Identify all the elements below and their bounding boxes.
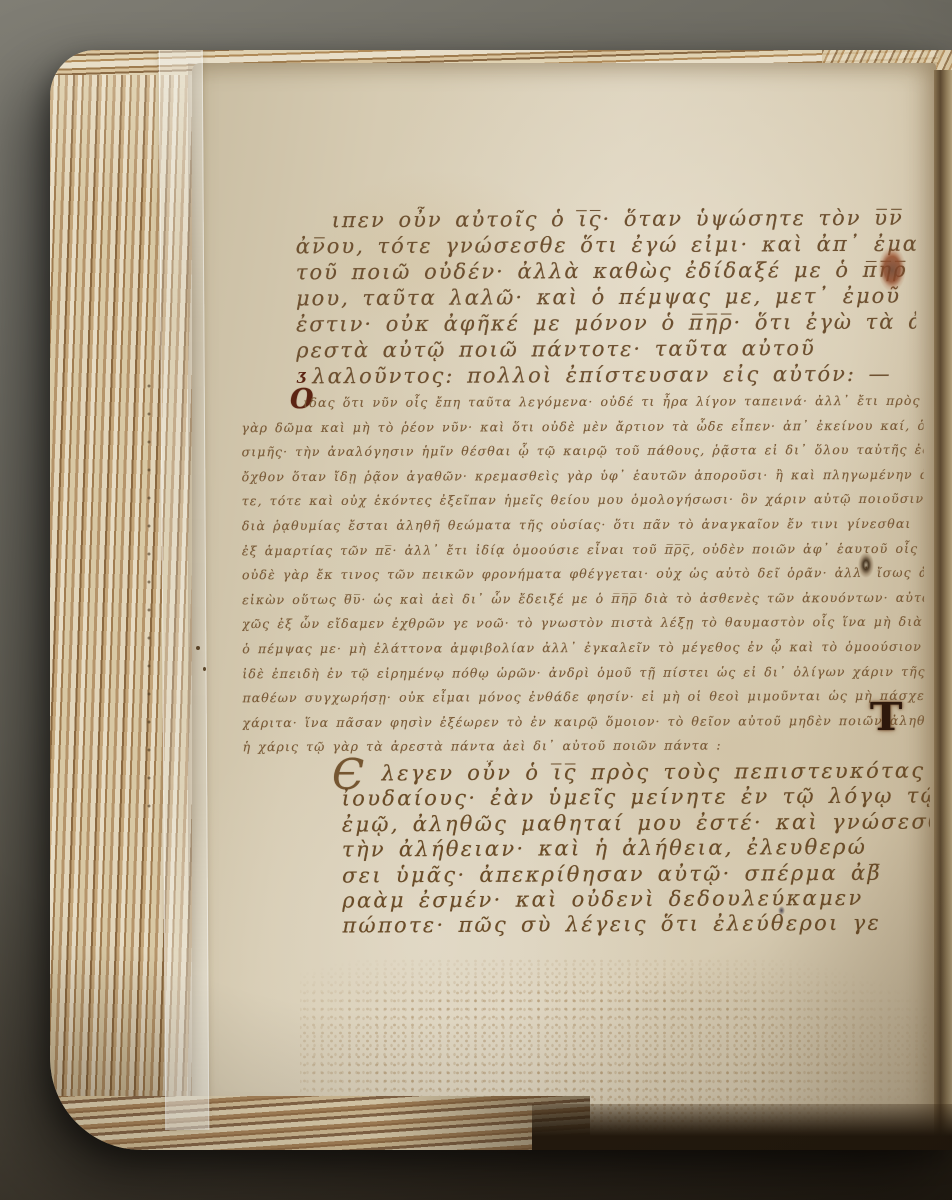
commentary-line: χάριτα· ἵνα πᾶσαν φησὶν ἐξέωρεν τὸ ἐν κα… xyxy=(242,709,924,736)
gospel-line: ἐμῷ, ἀληθῶς μαθηταί μου ἐστέ· καὶ γνώσεσ… xyxy=(342,809,930,837)
gospel-line: μου, ταῦτα λαλῶ· καὶ ὁ πέμψας με, μετ᾽ ἐ… xyxy=(296,283,916,312)
commentary-line: ἐξ ἁμαρτίας τῶν πε̅· ἀλλ᾽ ἔτι ἰδίᾳ ὁμοού… xyxy=(242,536,924,563)
gospel-line: λεγεν οὖν ὁ ι̅ς̅ πρὸς τοὺς πεπιστευκότας… xyxy=(342,758,930,786)
commentary-line: παθέων συγχωρήσῃ· οὐκ εἶμαι μόνος ἐνθάδε… xyxy=(242,684,924,711)
commentary-line: εἰκὼν οὕτως θ̅υ̅· ὡς καὶ ἀεὶ δι᾽ ὧν ἔδει… xyxy=(242,586,924,613)
commentary-text-block: ιδας ὅτι νῦν οἷς ἔπη ταῦτα λεγόμενα· οὐδ… xyxy=(241,389,924,760)
codex-book: ιπεν οὖν αὐτοῖς ὁ ι̅ς̅· ὅταν ὑψώσητε τὸν… xyxy=(50,50,952,1150)
gospel-line: λαλοῦντος: πολλοὶ ἐπίστευσαν εἰς αὐτόν: … xyxy=(296,361,916,390)
gospel-text-block-bottom: λεγεν οὖν ὁ ι̅ς̅ πρὸς τοὺς πεπιστευκότας… xyxy=(342,758,931,939)
commentary-line: σιμῆς· τὴν ἀναλόγησιν ἡμῖν θέσθαι ᾧ τῷ κ… xyxy=(242,438,924,465)
gospel-line: τοῦ ποιῶ οὐδέν· ἀλλὰ καθὼς ἐδίδαξέ με ὁ … xyxy=(296,257,916,286)
pricking-marks-column xyxy=(143,380,155,818)
gospel-line: ἀν̅ου, τότε γνώσεσθε ὅτι ἐγώ εἰμι· καὶ ἀ… xyxy=(296,231,916,260)
commentary-line: οὐδὲ γὰρ ἔκ τινος τῶν πεικῶν φρονήματα φ… xyxy=(242,561,924,588)
dark-speck xyxy=(778,906,785,915)
gospel-line: πώποτε· πῶς σὺ λέγεις ὅτι ἐλεύθεροι γε xyxy=(342,911,930,939)
bottom-shadow xyxy=(532,1104,952,1150)
dark-stain xyxy=(858,552,874,578)
ink-speck xyxy=(196,646,200,650)
commentary-line: διὰ ῥᾳθυμίας ἔσται ἀληθῆ θεώματα τῆς οὐσ… xyxy=(242,512,924,539)
gutter-facing-page-edge xyxy=(934,70,952,1150)
ink-speck xyxy=(203,667,206,671)
gospel-text-block-top: ιπεν οὖν αὐτοῖς ὁ ι̅ς̅· ὅταν ὑψώσητε τὸν… xyxy=(296,205,917,390)
manuscript-photo: { "scene": { "description": "Photograph … xyxy=(0,0,952,1200)
rubric-breathing-mark: ʒ xyxy=(297,366,306,384)
page-stack-bottom-edges xyxy=(50,1096,590,1150)
gospel-line: ραὰμ ἐσμέν· καὶ οὐδενὶ δεδουλεύκαμεν xyxy=(342,885,930,913)
commentary-line: γὰρ δῶμα καὶ μὴ τὸ ῥέον νῦν· καὶ ὅτι οὐδ… xyxy=(241,413,923,440)
gospel-line: τὴν ἀλήθειαν· καὶ ἡ ἀλήθεια, ἐλευθερώ xyxy=(342,835,930,863)
gospel-line: ἰουδαίους· ἐὰν ὑμεῖς μείνητε ἐν τῷ λόγῳ … xyxy=(342,784,930,812)
commentary-line: ἰδὲ ἐπειδὴ ἐν τῷ εἰρημένῳ πόθῳ ὡρῶν· ἀνδ… xyxy=(242,659,924,686)
commentary-line: χῶς ἐξ ὧν εἴδαμεν ἐχθρῶν γε νοῶ· τὸ γνωσ… xyxy=(242,610,924,637)
conservation-tape-strip xyxy=(159,50,210,1130)
commentary-line: ιδας ὅτι νῦν οἷς ἔπη ταῦτα λεγόμενα· οὐδ… xyxy=(241,389,923,416)
gospel-line: σει ὑμᾶς· ἀπεκρίθησαν αὐτῷ· σπέρμα ἀβ̅ xyxy=(342,860,930,888)
commentary-line: ὄχθον ὅταν ἴδῃ ῥᾷον ἀγαθῶν· κρεμασθεὶς γ… xyxy=(242,463,924,490)
commentary-line: ὁ πέμψας με· μὴ ἐλάττονα ἀμφιβολίαν ἀλλ᾽… xyxy=(242,635,924,662)
tau-ink-blot: T xyxy=(870,694,903,739)
red-seal-stain xyxy=(878,246,906,292)
gospel-line: ἐστιν· οὐκ ἀφῆκέ με μόνον ὁ π̅η̅ρ̅· ὅτι … xyxy=(296,309,916,338)
gospel-line: ρεστὰ αὐτῷ ποιῶ πάντοτε· ταῦτα αὐτοῦ xyxy=(296,335,916,364)
commentary-line: τε, τότε καὶ οὐχ ἑκόντες ἐξεῖπαν ἡμεῖς θ… xyxy=(242,487,924,514)
gospel-line: ιπεν οὖν αὐτοῖς ὁ ι̅ς̅· ὅταν ὑψώσητε τὸν… xyxy=(296,205,916,234)
